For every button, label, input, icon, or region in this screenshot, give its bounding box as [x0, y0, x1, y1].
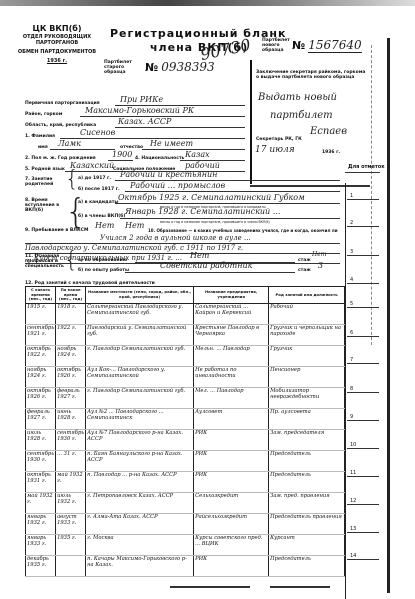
- primary-org-value: При РИКе: [120, 95, 163, 104]
- cell-role: Пенсионер: [269, 366, 345, 387]
- work-history-table: С какого времени (мес., год) По какое вр…: [25, 286, 345, 577]
- scan-edge: [0, 0, 415, 6]
- underline: [115, 127, 245, 128]
- cell-place: Аул Кок-... Павлодарского у. Семипалатин…: [86, 366, 194, 387]
- cell-from: январь 1932 г.: [26, 513, 56, 534]
- cell-to: сентябрь 1930 г.: [56, 429, 86, 450]
- cell-role: Рабочий: [269, 303, 345, 324]
- table-row: октябрь 1931 г.май 1932 г.п. Павлодар ..…: [26, 471, 345, 492]
- social-value: рабочий: [185, 161, 220, 170]
- prof-edu-stage-value: Нет: [312, 251, 326, 258]
- district-label: Район, горком: [25, 112, 62, 117]
- entry-member-label: б) в члены ВКП(б): [78, 214, 126, 219]
- cell-place: п. Качары Максимо-Горьковского р-на Каза…: [86, 555, 194, 576]
- underline: [347, 336, 379, 337]
- cell-role: Председатель: [269, 471, 345, 492]
- prof-work-label: б) по опыту работы: [78, 268, 129, 273]
- nationality-value: Казах: [185, 150, 210, 159]
- cell-to: июль 1932 г.: [56, 492, 86, 513]
- org-line-1: ЦК ВКП(б): [12, 24, 102, 34]
- cell-from: октябрь 1926 г.: [26, 387, 56, 408]
- secretary-signature: Еспаев: [310, 126, 347, 137]
- cell-role: Зам. председателя: [269, 429, 345, 450]
- number-sign: №: [145, 61, 158, 74]
- underline: [120, 218, 340, 219]
- new-card-label: Партбилет нового образца: [262, 38, 290, 53]
- name-label: имя: [38, 145, 48, 150]
- cell-org: Мельн. ... Павлодар: [194, 345, 269, 366]
- cell-role: Пр. аулсовета: [269, 408, 345, 429]
- table-header-row: С какого времени (мес., год) По какое вр…: [26, 287, 345, 304]
- underline: [347, 226, 379, 227]
- prof-edu-value: Нет: [190, 251, 209, 260]
- new-card-value: 1567640: [308, 38, 361, 53]
- secretary-date: 17 июля: [255, 145, 295, 155]
- cell-to: август 1933 г.: [56, 513, 86, 534]
- underline: [347, 255, 379, 256]
- perforation-line: [371, 45, 373, 345]
- patronymic-value: Не имеет: [150, 139, 193, 148]
- cell-to: ноябрь 1924 г.: [56, 345, 86, 366]
- form-title: Регистрационный бланк: [110, 27, 287, 40]
- cell-from: июль 1928 г.: [26, 429, 56, 450]
- cell-to: [56, 555, 86, 576]
- cell-org: Крестьяне Павлодар в Черноярка: [194, 324, 269, 345]
- cell-org: Курсы советского пред. ... ВЦИК: [194, 534, 269, 555]
- table-row: июль 1928 г.сентябрь 1930 г.Аул №7 Павло…: [26, 429, 345, 450]
- cell-place: г. Москва: [86, 534, 194, 555]
- language-label: 5. Родной язык: [25, 167, 65, 172]
- table-row: декабрь 1935 г.п. Качары Максимо-Горьков…: [26, 555, 345, 576]
- secretary-heading: Заключение секретаря райкома, горкома о …: [256, 70, 370, 80]
- cell-org: Сельхозкредит: [194, 492, 269, 513]
- prof-edu-label: а) по образованию: [78, 258, 127, 263]
- cell-place: п. Баян Баянаульского р-на Казах. АССР: [86, 450, 194, 471]
- stay-to-value: Нет: [125, 221, 144, 230]
- education-label: 10. Образование — в каких учебных заведе…: [148, 228, 338, 233]
- org-line-3: ПАРТОРГАНОВ: [12, 40, 102, 46]
- col-org: Название предприятия, учреждения: [194, 287, 269, 304]
- cell-role: Председатель: [269, 555, 345, 576]
- new-card-number: №1567640: [292, 38, 362, 52]
- entry-member-value: Январь 1928 г. Семипалатинский ...: [125, 207, 280, 216]
- cell-from: сентябрь 1921 г.: [26, 324, 56, 345]
- org-line-5: 1936 г.: [12, 58, 102, 64]
- cell-role: Председатель: [269, 450, 345, 471]
- district-value: Максимо-Горьковский РК: [85, 106, 194, 115]
- org-line-4: ОБМЕН ПАРТДОКУМЕНТОВ: [12, 49, 102, 55]
- cell-org: Не работал по инвалидности: [194, 366, 269, 387]
- cell-from: октябрь 1922 г.: [26, 345, 56, 366]
- cell-role: Грузчик и черпальщик на пароходе: [269, 324, 345, 345]
- cell-to: ... 31 г.: [56, 450, 86, 471]
- prof-work-stage-label: стаж: [298, 268, 311, 273]
- scan-mark: [270, 586, 330, 588]
- surname-value: Сисенов: [80, 128, 115, 137]
- table-row: 1915 г.1918 г.Сольтерганский Павлодарско…: [26, 303, 345, 324]
- brace: {: [65, 192, 87, 232]
- scan-mark: [170, 586, 250, 588]
- education-value-2: Павлодарского у. Семипалатинской губ. с …: [25, 244, 243, 252]
- cell-org: Райсельхозкредит: [194, 513, 269, 534]
- underline: [345, 172, 380, 173]
- old-card-value: 0938393: [161, 60, 214, 74]
- cell-to: 1935 г.: [56, 534, 86, 555]
- prof-edu-stage-label: стаж: [298, 258, 311, 263]
- cell-from: ноябрь 1924 г.: [26, 366, 56, 387]
- cell-org: РИК: [194, 450, 269, 471]
- side-column-header: Для отметок: [348, 165, 385, 170]
- table-row: октябрь 1926 г.февраль 1927 г.г. Павлода…: [26, 387, 345, 408]
- underline: [347, 532, 379, 533]
- table-row: сентябрь 1930 г.... 31 г.п. Баян Баянаул…: [26, 450, 345, 471]
- underline: [347, 559, 379, 560]
- brace: {: [64, 248, 78, 273]
- cell-from: октябрь 1931 г.: [26, 471, 56, 492]
- number-sign: №: [292, 39, 305, 52]
- page-edge-line: [387, 38, 390, 593]
- secretary-year: 1936 г.: [322, 150, 340, 155]
- cell-to: 1922 г.: [56, 324, 86, 345]
- cell-place: п. Павлодар ... р-на Казах. АССР: [86, 471, 194, 492]
- col-to: По какое время (мес., год): [56, 287, 86, 304]
- cell-role: Курсант: [269, 534, 345, 555]
- occ-after-value: Рабочий ... промыслов: [130, 181, 225, 190]
- brace: {: [65, 167, 79, 192]
- stay-label: 9. Пребывание в ВЛКСМ: [25, 228, 88, 233]
- cell-place: Аул №2 ... Павлодарского ... Семипалатин…: [86, 408, 194, 429]
- cell-place: Аул №7 Павлодарского р-на Казах. АССР: [86, 429, 194, 450]
- secretary-label: Секретарь РК, ГК: [256, 137, 302, 142]
- occ-before-label: а) до 1917 г.: [78, 176, 111, 181]
- cell-org: Аулсовет: [194, 408, 269, 429]
- table-row: январь 1933 г.1935 г.г. МоскваКурсы сове…: [26, 534, 345, 555]
- cell-place: Павлодарский у. Семипалатинской губ.: [86, 324, 194, 345]
- table-row: февраль 1927 г.июнь 1928 г.Аул №2 ... Па…: [26, 408, 345, 429]
- cell-org: РИК: [194, 429, 269, 450]
- education-value-1: Учился 2 года в аульной школе в ауле ...: [100, 234, 251, 242]
- col-place: Название местности (село, город, район, …: [86, 287, 194, 304]
- birth-year-value: 1900: [112, 150, 132, 159]
- divider: [250, 185, 370, 187]
- cell-role: Председатель правления: [269, 513, 345, 534]
- cell-from: май 1932 г.: [26, 492, 56, 513]
- cell-to: февраль 1927 г.: [56, 387, 86, 408]
- cell-from: февраль 1927 г.: [26, 408, 56, 429]
- org-block: ЦК ВКП(б) ОТДЕЛ РУКОВОДЯЩИХ ПАРТОРГАНОВ …: [12, 24, 102, 64]
- table-row: сентябрь 1921 г.1922 г.Павлодарский у. С…: [26, 324, 345, 345]
- underline: [347, 504, 379, 505]
- profession-label: 11. Основная профессия и специальность: [25, 254, 65, 269]
- cell-to: май 1932 г.: [56, 471, 86, 492]
- cell-from: 1915 г.: [26, 303, 56, 324]
- region-value: Казах. АССР: [118, 117, 171, 126]
- underline: [347, 476, 379, 477]
- table-row: май 1932 г.июль 1932 г.г. Петропавловск …: [26, 492, 345, 513]
- underline: [50, 149, 115, 150]
- table-row: октябрь 1922 г.ноябрь 1924 г.г. Павлодар…: [26, 345, 345, 366]
- col-role: Род занятий или должность: [269, 287, 345, 304]
- underline: [347, 448, 379, 449]
- secretary-note-2: партбилет: [270, 110, 333, 121]
- underline: [347, 199, 379, 200]
- cell-from: декабрь 1935 г.: [26, 555, 56, 576]
- underline: [347, 420, 379, 421]
- cell-org: Мел. ... Павлодар: [194, 387, 269, 408]
- table-row: ноябрь 1924 г.октябрь 1926 г.Аул Кок-...…: [26, 366, 345, 387]
- underline: [347, 283, 379, 284]
- surname-label: 1. Фамилия: [25, 134, 55, 139]
- cell-role: Мобилизатор невраждебности: [269, 387, 345, 408]
- col-from: С какого времени (мес., год): [26, 287, 56, 304]
- entry-candidate-value: Октябрь 1925 г. Семипалатинский Губком: [118, 193, 305, 202]
- secretary-note-1: Выдать новый: [258, 92, 337, 103]
- occ-before-value: Рабочий и крестьянин: [120, 170, 217, 179]
- side-column-divider: [345, 183, 346, 599]
- cell-place: г. Алма-Ата Казах. АССР: [86, 513, 194, 534]
- cell-to: октябрь 1926 г.: [56, 366, 86, 387]
- cell-from: сентябрь 1930 г.: [26, 450, 56, 471]
- cell-role: Грузчик: [269, 345, 345, 366]
- table-row: январь 1932 г.август 1933 г.г. Алма-Ата …: [26, 513, 345, 534]
- entry-label: 8. Время вступления в ВКП(б): [25, 198, 65, 213]
- cell-place: Сольтерганский Павлодарского у. Семипала…: [86, 303, 194, 324]
- underline: [125, 191, 340, 192]
- old-card-label: Партбилет старого образца: [104, 60, 142, 75]
- name-value: Ламк: [58, 139, 81, 148]
- cell-org: РИК: [194, 555, 269, 576]
- cell-from: январь 1933 г.: [26, 534, 56, 555]
- cell-org: РИК: [194, 471, 269, 492]
- cell-role: Зам. пред. правления: [269, 492, 345, 513]
- prof-work-stage-value: 3: [318, 261, 323, 270]
- cell-to: 1918 г.: [56, 303, 86, 324]
- stay-from-value: Нет: [95, 221, 114, 230]
- underline: [347, 307, 379, 308]
- entry-candidate-label: а) в кандидаты: [78, 200, 118, 205]
- underline: [125, 272, 295, 273]
- underline: [115, 203, 340, 204]
- cell-place: г. Павлодар Семипалатинской губ.: [86, 345, 194, 366]
- cell-to: июнь 1928 г.: [56, 408, 86, 429]
- underline: [347, 392, 379, 393]
- cell-place: г. Петропавловск Казах. АССР: [86, 492, 194, 513]
- underline: [347, 363, 379, 364]
- entry-note-2: месяц и год и название парторгана, приня…: [160, 220, 270, 224]
- prof-work-value: Советский работник: [160, 261, 252, 270]
- old-card-number: №0938393: [145, 60, 215, 74]
- nationality-label: 4. Национальность: [135, 156, 184, 161]
- cell-org: Сольтерганский ... Кайран и Керкексий: [194, 303, 269, 324]
- occupation-label: 7. Занятие родителей: [25, 177, 65, 187]
- cell-place: г. Павлодар Семипалатинской губ.: [86, 387, 194, 408]
